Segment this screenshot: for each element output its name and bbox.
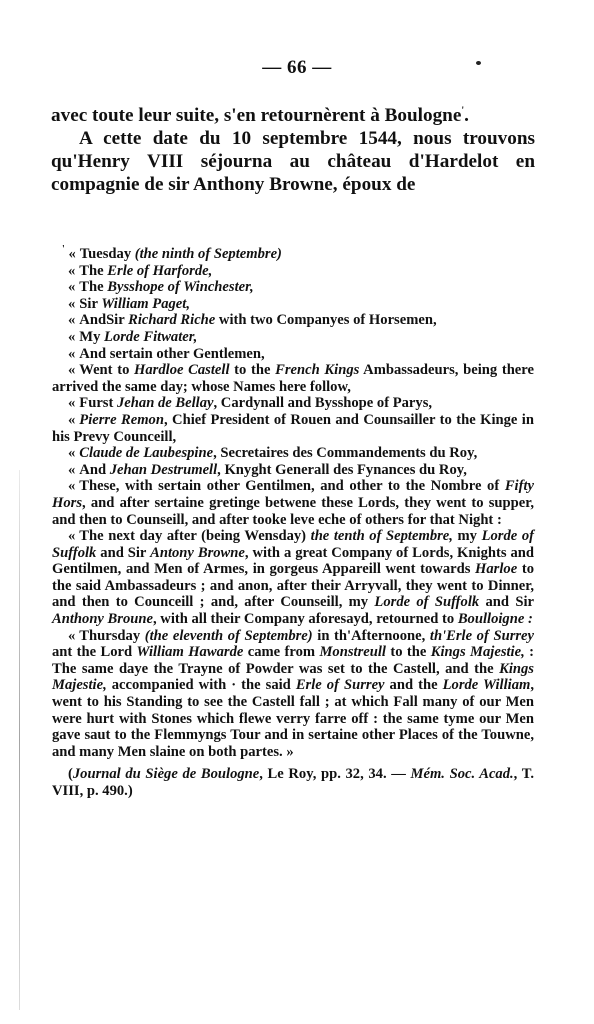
quote-mark: « [68, 346, 75, 362]
paragraph-1-text: avec toute leur suite, s'en retournèrent… [51, 105, 461, 126]
text: came from [243, 644, 319, 660]
italic-text: French Kings [275, 362, 359, 378]
quote-mark: « [68, 528, 75, 544]
footnote-source-citation: (Journal du Siège de Boulogne, Le Roy, p… [52, 766, 534, 799]
quote-mark: « [68, 312, 75, 328]
italic-text: Lorde William [443, 677, 531, 693]
text: ant the Lord [52, 644, 137, 660]
quote-mark: « [68, 263, 75, 279]
text: And sertain other Gentlemen, [79, 346, 264, 362]
page-number: — 66 — [0, 57, 594, 79]
italic-text: Boulloigne : [458, 611, 533, 627]
footnote-line: «AndSir Richard Riche with two Companyes… [52, 312, 534, 329]
italic-text: Harloe [475, 561, 517, 577]
italic-text: th'Erle of Surrey [430, 628, 534, 644]
italic-text: Lorde Fitwater, [104, 329, 197, 345]
text: The [79, 263, 107, 279]
quote-mark: « [68, 296, 75, 312]
quote-mark: « [68, 445, 75, 461]
italic-text: Bysshope of Winchester, [107, 279, 253, 295]
text: Furst [79, 395, 117, 411]
italic-text: Hardloe Castell [134, 362, 229, 378]
quote-mark: « [68, 412, 75, 428]
text: The next day after (being Wensday) [79, 528, 310, 544]
main-text: avec toute leur suite, s'en retournèrent… [51, 104, 535, 196]
italic-text: Jehan de Bellay [117, 395, 213, 411]
footnote-line: «Sir William Paget, [52, 296, 534, 313]
footnote-line: «The Bysshope of Winchester, [52, 279, 534, 296]
italic-text: Jehan Destrumell [110, 462, 217, 478]
italic-text: Erle of Surrey [296, 677, 385, 693]
text: to the [230, 362, 276, 378]
text: Sir [79, 296, 101, 312]
text: , Knyght Generall des Fynances du Roy, [217, 462, 467, 478]
text: to the [386, 644, 431, 660]
italic-text: (the ninth of Septembre) [135, 246, 282, 262]
footnote-paragraph-claude: «Claude de Laubespine, Secretaires des C… [52, 445, 534, 462]
footnote-paragraph-jehan: «And Jehan Destrumell, Knyght Generall d… [52, 462, 534, 479]
italic-text: Richard Riche [128, 312, 215, 328]
text: Thursday [79, 628, 144, 644]
italic-text: Kings Majestie, [431, 644, 525, 660]
text: My [79, 329, 104, 345]
text: with two Companyes of Horsemen, [215, 312, 436, 328]
footnote-paragraph-these: «These, with sertain other Gentilmen, an… [52, 478, 534, 528]
text: , and after sertaine gretinge betwene th… [52, 495, 534, 528]
text: and the [385, 677, 443, 693]
paragraph-2: A cette date du 10 septembre 1544, nous … [51, 127, 535, 196]
quote-mark: « [68, 395, 75, 411]
italic-text: William Hawarde [137, 644, 244, 660]
text: , Le Roy, pp. 32, 34. — [259, 766, 410, 782]
footnote-marker: ' [62, 244, 65, 255]
italic-text: Claude de Laubespine [79, 445, 213, 461]
quote-mark: » [286, 744, 293, 760]
footnote-line: «And sertain other Gentlemen, [52, 346, 534, 363]
text: my [453, 528, 482, 544]
quote-mark: « [68, 462, 75, 478]
italic-text: Antony Browne [150, 545, 245, 561]
quote-mark: « [68, 279, 75, 295]
italic-text: Erle of Harforde, [107, 263, 212, 279]
italic-text: Pierre Remon [79, 412, 164, 428]
italic-text: Mém. Soc. Acad. [411, 766, 514, 782]
footnote-paragraph-went: «Went to Hardloe Castell to the French K… [52, 362, 534, 395]
text: AndSir [79, 312, 128, 328]
italic-text: Anthony Broune [52, 611, 153, 627]
footnote-paragraph-furst: «Furst Jehan de Bellay, Cardynall and By… [52, 395, 534, 412]
text: These, with sertain other Gentilmen, and… [79, 478, 505, 494]
italic-text: the tenth of Septembre, [311, 528, 453, 544]
quote-mark: « [68, 329, 75, 345]
footnote-line: «My Lorde Fitwater, [52, 329, 534, 346]
text: , Secretaires des Commandements du Roy, [213, 445, 477, 461]
text: and Sir [96, 545, 150, 561]
footnote-paragraph-pierre: «Pierre Remon, Chief President of Rouen … [52, 412, 534, 445]
italic-text: Monstreull [319, 644, 386, 660]
text: Went to [79, 362, 134, 378]
footnote-paragraph-next-day: «The next day after (being Wensday) the … [52, 528, 534, 628]
italic-text: William Paget, [101, 296, 190, 312]
text: Tuesday [80, 246, 135, 262]
footnote-paragraph-thursday: «Thursday (the eleventh of Septembre) in… [52, 628, 534, 761]
text: , with all their Company aforesayd, reto… [153, 611, 458, 627]
text: The [79, 279, 107, 295]
italic-text: Lorde of Suffolk [374, 594, 479, 610]
italic-text: Journal du Siège de Boulogne [73, 766, 259, 782]
text: And [79, 462, 109, 478]
text: , Cardynall and Bysshope of Parys, [213, 395, 432, 411]
quote-mark: « [68, 628, 75, 644]
quote-mark: « [68, 246, 75, 262]
quote-mark: « [68, 478, 75, 494]
text: and Sir [479, 594, 534, 610]
text: accompanied with · the said [107, 677, 296, 693]
italic-text: (the eleventh of Septembre) [145, 628, 313, 644]
paragraph-1-end: . [464, 105, 469, 126]
binding-edge-line [19, 470, 20, 1010]
paragraph-1: avec toute leur suite, s'en retournèrent… [51, 104, 535, 127]
footnote-line: «The Erle of Harforde, [52, 263, 534, 280]
footnote-line: ' «Tuesday (the ninth of Septembre) [52, 246, 534, 263]
text: in th'Afternoone, [313, 628, 430, 644]
quote-mark: « [68, 362, 75, 378]
footnote: ' «Tuesday (the ninth of Septembre) «The… [52, 246, 534, 800]
